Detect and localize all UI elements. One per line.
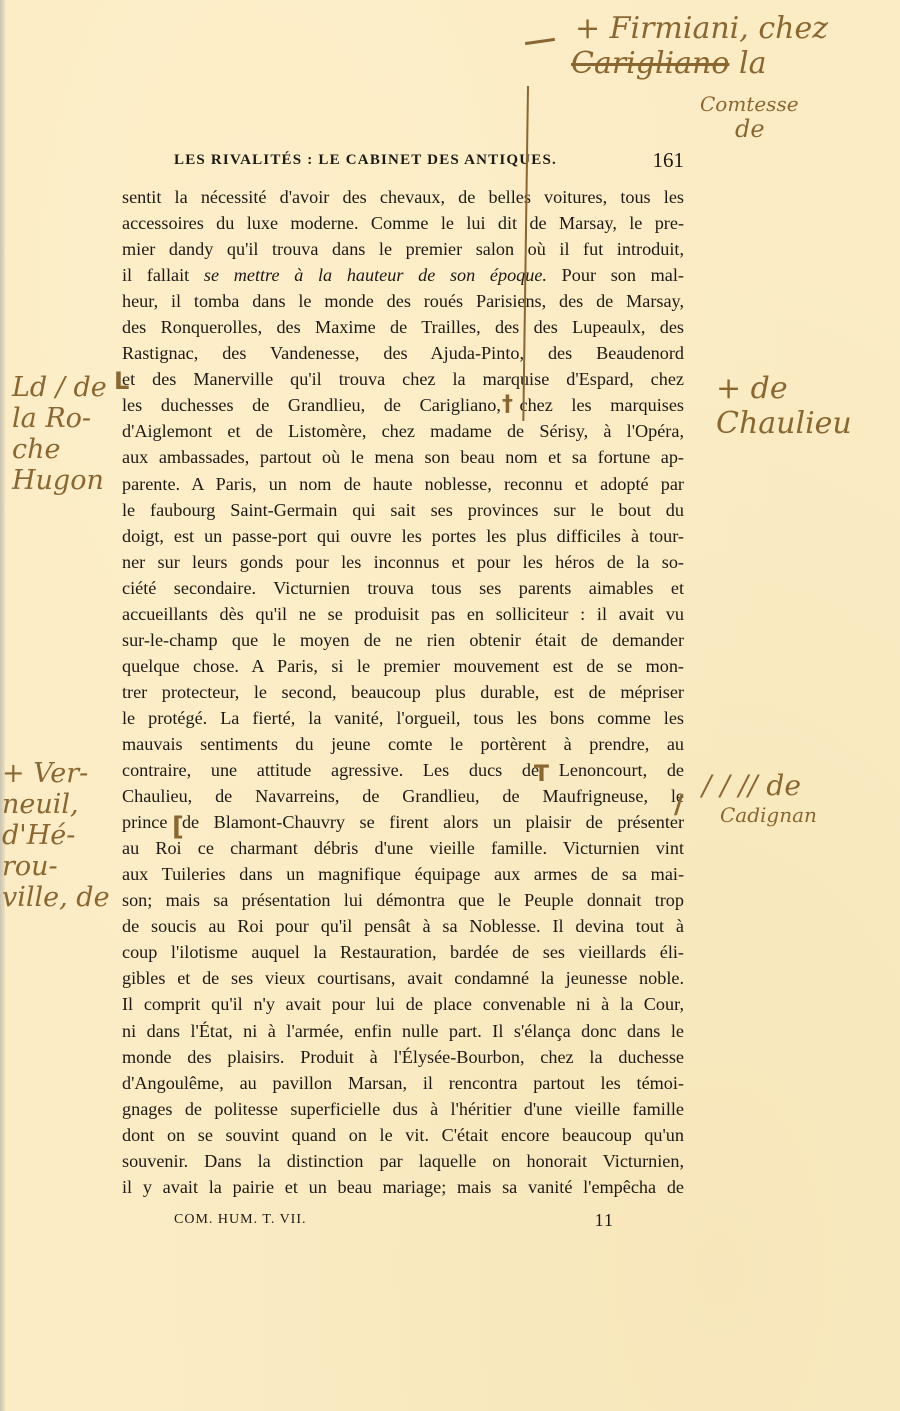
text-line: son; mais sa présentation lui démontra q… xyxy=(122,887,684,913)
text-line: d'Angoulême, au pavillon Marsan, il renc… xyxy=(122,1070,684,1096)
text-line: au Roi ce charmant débris d'une vieille … xyxy=(122,835,684,861)
annotation-word: la xyxy=(729,46,766,81)
footer-signature: COM. HUM. T. VII. xyxy=(174,1212,307,1228)
text-line: mier dandy qu'il trouva dans le premier … xyxy=(122,236,684,262)
text-line: il y avait la pairie et un beau mariage;… xyxy=(122,1174,684,1200)
text-line: parente. A Paris, un nom de haute nobles… xyxy=(122,471,684,497)
text-line: dont on se souvint quand on le vit. C'ét… xyxy=(122,1122,684,1148)
page-edge-shadow xyxy=(0,0,5,1411)
gathering-number: 11 xyxy=(595,1210,614,1231)
annotation-line: Carigliano la xyxy=(575,46,766,81)
annotation-line: + Firmiani, chez xyxy=(575,12,875,47)
text-line: Chaulieu, de Navarreins, de Grandlieu, d… xyxy=(122,783,684,809)
italic-phrase: se mettre à la hauteur de son époque. xyxy=(204,265,547,285)
text-line: sentit la nécessité d'avoir des chevaux,… xyxy=(122,184,684,210)
page-footer: COM. HUM. T. VII. 11 xyxy=(174,1212,614,1234)
text-line: coup l'ilotisme auquel la Restauration, … xyxy=(122,939,684,965)
annotation-line: Comtesse xyxy=(700,93,875,116)
text-line: aux Tuileries dans un magnifique équipag… xyxy=(122,861,684,887)
text-line: Il comprit qu'il n'y avait pour lui de p… xyxy=(122,991,684,1017)
caret-mark-icon: T xyxy=(534,762,549,787)
text-line: souvenir. Dans la distinction par laquel… xyxy=(122,1148,684,1174)
bracket-mark-icon: [ xyxy=(172,812,184,842)
annotation-right-lower: / / // de Cadignan xyxy=(702,770,900,827)
text-line: prince de Blamont-Chauvry se firent alor… xyxy=(122,809,684,835)
body-text: sentit la nécessité d'avoir des chevaux,… xyxy=(122,184,684,1200)
insertion-mark-icon: L xyxy=(114,367,129,395)
annotation-right-upper: + de Chaulieu xyxy=(716,372,896,441)
text-line: mauvais sentiments du jeune comte le por… xyxy=(122,731,684,757)
text-line: il fallait se mettre à la hauteur de son… xyxy=(122,262,684,288)
text-line: ner sur leurs gonds pour les inconnus et… xyxy=(122,549,684,575)
text-line: monde des plaisirs. Produit à l'Élysée-B… xyxy=(122,1044,684,1070)
text-line: ciété secondaire. Victurnien trouva tous… xyxy=(122,575,684,601)
text-line: le protégé. La fierté, la vanité, l'orgu… xyxy=(122,705,684,731)
book-page: LES RIVALITÉS : LE CABINET DES ANTIQUES.… xyxy=(0,0,900,1411)
text-line: doigt, est un passe-port qui ouvre les p… xyxy=(122,523,684,549)
text-line: les duchesses de Grandlieu, de Cariglian… xyxy=(122,392,684,418)
text-line: quelque chose. A Paris, si le premier mo… xyxy=(122,653,684,679)
text-line: Rastignac, des Vandenesse, des Ajuda-Pin… xyxy=(122,340,684,366)
text-line: heur, il tomba dans le monde des roués P… xyxy=(122,288,684,314)
text-line: contraire, une attitude agressive. Les d… xyxy=(122,757,684,783)
text-line: ni dans l'État, ni à l'armée, enfin null… xyxy=(122,1018,684,1044)
annotation-top-right: + Firmiani, chez Carigliano la Comtesse … xyxy=(575,12,875,144)
insertion-cross-stroke xyxy=(525,38,555,45)
annotation-left-lower: + Ver-neuil, d'Hé-rou-ville, de xyxy=(2,758,122,913)
annotation-left-upper: Ld / de la Ro-che Hugon xyxy=(12,372,122,496)
struck-word: Carigliano xyxy=(571,46,729,81)
text-line: trer protecteur, le second, beaucoup plu… xyxy=(122,679,684,705)
text-line: d'Aiglemont et de Listomère, chez madame… xyxy=(122,418,684,444)
text-line: accueillants dès qu'il ne se produisit p… xyxy=(122,601,684,627)
text-line-start: il fallait xyxy=(122,265,204,285)
text-line: gnages de politesse superficielle dus à … xyxy=(122,1096,684,1122)
text-line: des Ronquerolles, des Maxime de Trailles… xyxy=(122,314,684,340)
annotation-line: / / // de xyxy=(702,769,801,802)
text-line: aux ambassades, partout où le mena son b… xyxy=(122,444,684,470)
text-line: et des Manerville qu'il trouva chez la m… xyxy=(122,366,684,392)
page-number: 161 xyxy=(653,148,685,173)
slash-mark-icon: / xyxy=(674,790,684,820)
annotation-line: de xyxy=(735,116,875,144)
text-line: de soucis au Roi pour qu'il pensât à sa … xyxy=(122,913,684,939)
dagger-mark-icon: † xyxy=(502,392,513,417)
running-head-title: LES RIVALITÉS : LE CABINET DES ANTIQUES. xyxy=(174,152,557,169)
text-line: le faubourg Saint-Germain qui sait ses p… xyxy=(122,497,684,523)
text-line-end: Pour son mal- xyxy=(547,265,684,285)
text-line: accessoires du luxe moderne. Comme le lu… xyxy=(122,210,684,236)
running-head: LES RIVALITÉS : LE CABINET DES ANTIQUES.… xyxy=(174,150,684,174)
text-line: gibles et de ses vieux courtisans, avait… xyxy=(122,965,684,991)
text-line: sur-le-champ que le moyen de ne rien obt… xyxy=(122,627,684,653)
annotation-line: Cadignan xyxy=(720,804,900,827)
